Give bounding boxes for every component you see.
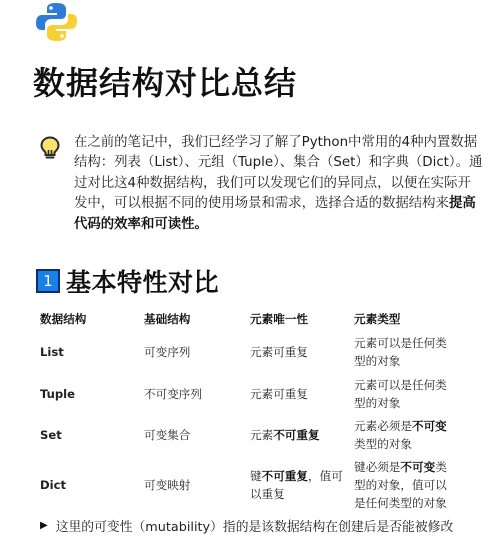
header-uniqueness: 元素唯一性	[250, 308, 354, 330]
triangle-bullet-icon: ▶	[40, 520, 48, 531]
cell-text: 元素必须是	[354, 419, 412, 433]
table-header-row: 数据结构 基础结构 元素唯一性 元素类型	[40, 308, 454, 330]
footnote: ▶ 这里的可变性（mutability）指的是该数据结构在创建后是否能被修改	[40, 516, 453, 535]
cell-element-type: 元素可以是任何类型的对象	[354, 330, 454, 374]
cell-uniqueness: 元素可重复	[250, 330, 354, 374]
cell-text: 元素可重复	[250, 387, 308, 401]
cell-element-type: 元素必须是不可变类型的对象	[354, 414, 454, 456]
cell-uniqueness: 元素不可重复	[250, 414, 354, 456]
comparison-table: 数据结构 基础结构 元素唯一性 元素类型 List可变序列元素可重复元素可以是任…	[40, 308, 454, 514]
cell-text: 类型的对象	[354, 437, 412, 451]
intro-text-plain: 在之前的笔记中，我们已经学习了解了Python中常用的4种内置数据结构：列表（L…	[74, 135, 482, 211]
cell-base-structure: 可变集合	[144, 414, 250, 456]
cell-element-type: 元素可以是任何类型的对象	[354, 374, 454, 414]
cell-text: 元素可重复	[250, 345, 308, 359]
cell-base-structure: 不可变序列	[144, 374, 250, 414]
table-row: Tuple不可变序列元素可重复元素可以是任何类型的对象	[40, 374, 454, 414]
table-row: List可变序列元素可重复元素可以是任何类型的对象	[40, 330, 454, 374]
emphasis-text: 不可重复	[273, 428, 319, 442]
cell-text: 键	[250, 469, 262, 483]
table-row: Set可变集合元素不可重复元素必须是不可变类型的对象	[40, 414, 454, 456]
cell-text: 元素可以是任何类型的对象	[354, 378, 447, 410]
cell-element-type: 键必须是不可变类型的对象，值可以是任何类型的对象	[354, 456, 454, 514]
cell-data-structure: Set	[40, 414, 144, 456]
intro-text: 在之前的笔记中，我们已经学习了解了Python中常用的4种内置数据结构：列表（L…	[74, 133, 484, 235]
section-heading: 1 基本特性对比	[36, 266, 219, 296]
cell-data-structure: Dict	[40, 456, 144, 514]
python-logo-icon	[36, 2, 78, 42]
cell-text: 元素	[250, 428, 273, 442]
section-number-badge: 1	[36, 269, 60, 293]
cell-text: 元素可以是任何类型的对象	[354, 336, 447, 368]
page-title: 数据结构对比总结	[33, 58, 297, 104]
cell-uniqueness: 元素可重复	[250, 374, 354, 414]
emphasis-text: 不可变	[412, 419, 447, 433]
emphasis-text: 不可重复	[262, 469, 308, 483]
cell-uniqueness: 键不可重复，值可以重复	[250, 456, 354, 514]
header-data-structure: 数据结构	[40, 308, 144, 330]
cell-base-structure: 可变序列	[144, 330, 250, 374]
cell-data-structure: List	[40, 330, 144, 374]
header-base-structure: 基础结构	[144, 308, 250, 330]
lightbulb-icon	[40, 136, 60, 160]
header-element-type: 元素类型	[354, 308, 454, 330]
emphasis-text: 不可变	[400, 460, 435, 474]
footnote-text: 这里的可变性（mutability）指的是该数据结构在创建后是否能被修改	[56, 516, 454, 535]
section-title: 基本特性对比	[66, 263, 219, 299]
cell-base-structure: 可变映射	[144, 456, 250, 514]
table-row: Dict可变映射键不可重复，值可以重复键必须是不可变类型的对象，值可以是任何类型…	[40, 456, 454, 514]
cell-text: 键必须是	[354, 460, 400, 474]
cell-data-structure: Tuple	[40, 374, 144, 414]
